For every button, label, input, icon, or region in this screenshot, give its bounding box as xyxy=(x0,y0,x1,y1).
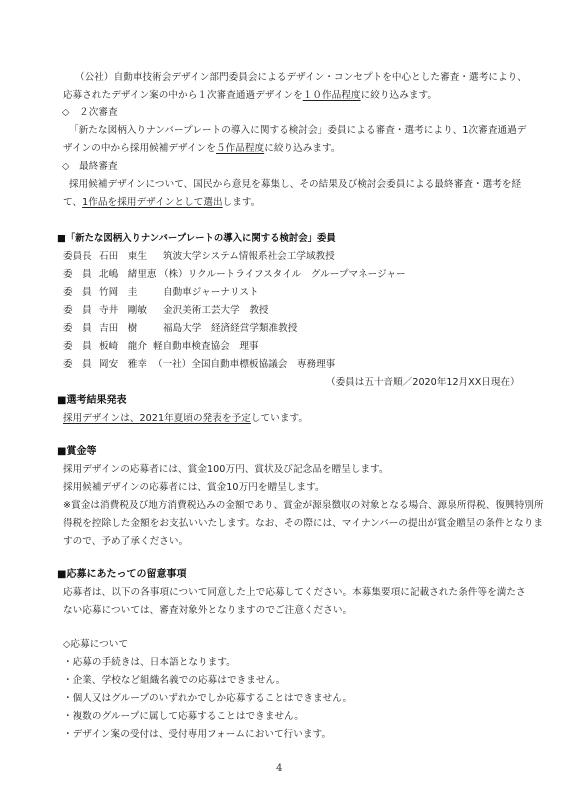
first-screening-line-1: （公社）自動車技術会デザイン部門委員会によるデザイン・コンセプトを中心とした審査… xyxy=(75,71,527,85)
notes-intro-1: 応募者は、以下の各事項について同意した上で応募してください。本募集要項に記載され… xyxy=(63,586,526,600)
member-name: 岡安 雅幸 xyxy=(99,358,147,372)
member-role: 委 員 xyxy=(63,268,92,282)
prize-line-4: 得税を控除した金額をお支払いいたします。なお、その際には、マイナンバーの提出が賞… xyxy=(63,517,543,531)
member-name: 板崎 龍介 xyxy=(99,340,147,354)
underlined-count: ５作品程度 xyxy=(216,143,264,154)
notes-item: ・複数のグループに属して応募することはできません。 xyxy=(63,710,304,724)
text: 応募されたデザイン案の中から１次審査通過デザインを xyxy=(63,90,303,101)
text: します。 xyxy=(223,197,261,208)
member-name: 寺井 剛敏 xyxy=(99,304,147,318)
notes-subheading: ◇応募について xyxy=(63,638,128,652)
notes-item: ・デザイン案の受付は、受付専用フォームにおいて行います。 xyxy=(63,728,331,742)
document-page: （公社）自動車技術会デザイン部門委員会によるデザイン・コンセプトを中心とした審査… xyxy=(0,0,566,800)
notes-item: ・企業、学校など組織名義での応募はできません。 xyxy=(63,674,285,688)
notes-intro-2: ない応募については、審査対象外となりますのでご注意ください。 xyxy=(63,604,352,618)
member-affiliation: （一社）全国自動車標板協議会 専務理事 xyxy=(153,358,335,372)
second-screening-line-1: 「新たな図柄入りナンバープレートの導入に関する検討会」委員による審査・選考により… xyxy=(69,124,526,138)
committee-heading: ■「新たな図柄入りナンバープレートの導入に関する検討会」委員 xyxy=(57,232,336,246)
member-role: 委 員 xyxy=(63,340,92,354)
underlined-text: 1作品を採用デザインとして選出 xyxy=(82,197,223,208)
member-affiliation: 軽自動車検査協会 理事 xyxy=(153,340,259,354)
announcement-heading: ■選考結果発表 xyxy=(57,394,126,408)
prize-line-3: ※賞金は消費税及び地方消費税込みの金額であり、賞金が源泉徴収の対象となる場合、源… xyxy=(63,499,544,513)
member-affiliation: 筑波大学システム情報系社会工学域教授 xyxy=(163,250,335,264)
final-screening-line-2: て、1作品を採用デザインとして選出します。 xyxy=(63,196,260,210)
underlined-count: １０作品程度 xyxy=(303,90,361,101)
announcement-text: 採用デザインは、2021年夏頃の発表を予定しています。 xyxy=(63,412,308,426)
underlined-text: 採用デザインは、2021年夏頃の発表を予定 xyxy=(63,413,251,424)
member-affiliation: 自動車ジャーナリスト xyxy=(163,286,259,300)
text: ザインの中から採用候補デザインを xyxy=(63,143,216,154)
committee-note: （委員は五十音順／2020年12月XX日現在） xyxy=(326,376,520,390)
page-number: 4 xyxy=(276,763,282,774)
member-name: 吉田 樹 xyxy=(99,322,137,336)
member-affiliation: （株）リクルートライフスタイル グループマネージャー xyxy=(159,268,406,282)
member-role: 委 員 xyxy=(63,358,92,372)
second-screening-line-2: ザインの中から採用候補デザインを５作品程度に絞り込みます。 xyxy=(63,142,341,156)
notes-heading: ■応募にあたっての留意事項 xyxy=(57,568,186,582)
member-name: 竹岡 圭 xyxy=(99,286,137,300)
member-role: 委 員 xyxy=(63,304,92,318)
member-role: 委 員 xyxy=(63,322,92,336)
member-name: 北嶋 緒里恵 xyxy=(99,268,157,282)
member-name: 石田 東生 xyxy=(99,250,147,264)
member-role: 委 員 xyxy=(63,286,92,300)
text: に絞り込みます。 xyxy=(361,90,437,101)
final-screening-title: ◇ 最終審査 xyxy=(62,160,118,174)
prize-line-5: すので、予め了承ください。 xyxy=(63,535,188,549)
prize-heading: ■賞金等 xyxy=(57,445,96,459)
second-screening-title: ◇ ２次審査 xyxy=(62,106,118,120)
final-screening-line-1: 採用候補デザインについて、国民から意見を募集し、その結果及び検討会委員による最終… xyxy=(69,178,521,192)
text: に絞り込みます。 xyxy=(264,143,340,154)
member-affiliation: 金沢美術工芸大学 教授 xyxy=(163,304,269,318)
member-affiliation: 福島大学 経済経営学類准教授 xyxy=(163,322,297,336)
first-screening-line-2: 応募されたデザイン案の中から１次審査通過デザインを１０作品程度に絞り込みます。 xyxy=(63,89,437,103)
prize-line-2: 採用候補デザインの応募者には、賞金10万円を贈呈します。 xyxy=(63,481,325,495)
text: しています。 xyxy=(251,413,308,424)
notes-item: ・個人又はグループのいずれかでしか応募することはできません。 xyxy=(63,692,352,706)
text: て、 xyxy=(63,197,82,208)
prize-line-1: 採用デザインの応募者には、賞金100万円、賞状及び記念品を贈呈します。 xyxy=(63,463,389,477)
member-role: 委員長 xyxy=(63,250,92,264)
notes-item: ・応募の手続きは、日本語となります。 xyxy=(63,656,236,670)
